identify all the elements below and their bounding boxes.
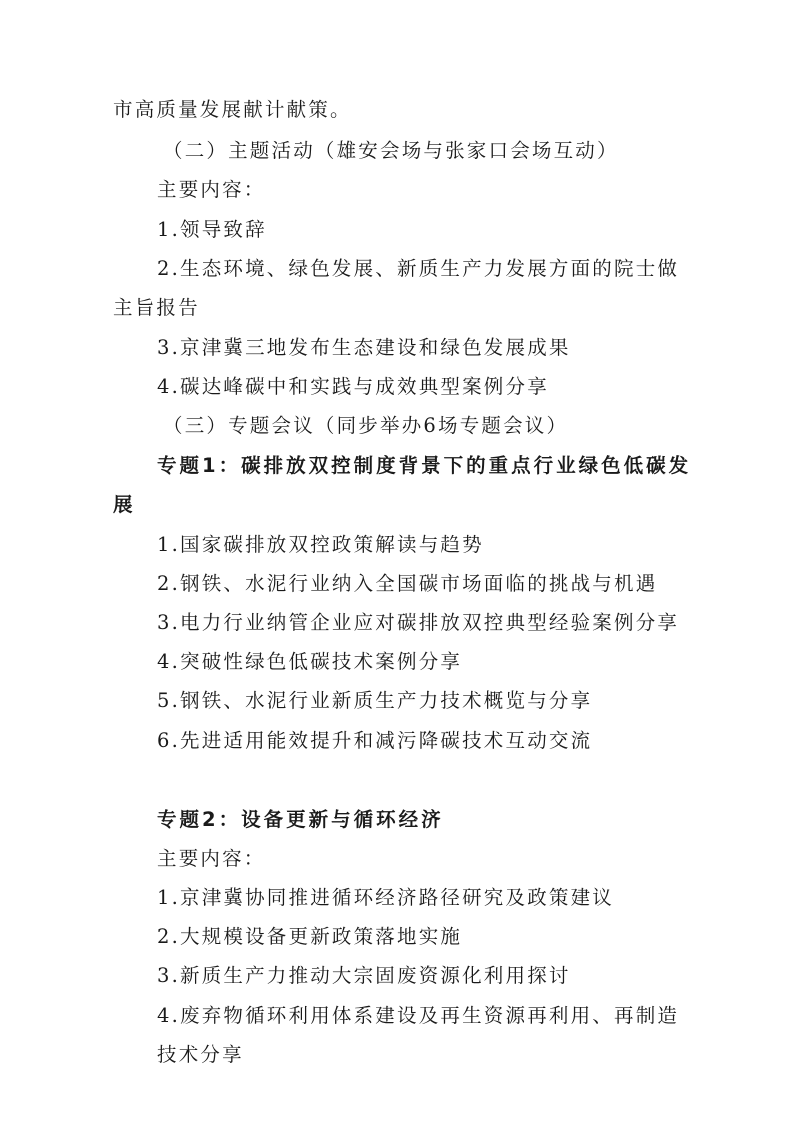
list-item: 2.钢铁、水泥行业纳入全国碳市场面临的挑战与机遇 — [157, 572, 657, 596]
section-heading-3: （三）专题会议（同步举办6场专题会议） — [163, 414, 568, 438]
topic-1-heading: 专题1：碳排放双控制度背景下的重点行业绿色低碳发 — [157, 454, 691, 478]
list-item: 3.京津冀三地发布生态建设和绿色发展成果 — [157, 336, 571, 360]
topic-2-heading: 专题2：设备更新与循环经济 — [157, 808, 444, 832]
list-item: 2.生态环境、绿色发展、新质生产力发展方面的院士做 — [157, 257, 679, 281]
main-content-label: 主要内容： — [157, 847, 266, 871]
list-item: 4.废弃物循环利用体系建设及再生资源再利用、再制造 — [157, 1004, 679, 1028]
list-item-continuation: 主旨报告 — [113, 296, 200, 320]
document-page: 市高质量发展献计献策。 （二）主题活动（雄安会场与张家口会场互动） 主要内容： … — [0, 0, 794, 1127]
section-heading-2: （二）主题活动（雄安会场与张家口会场互动） — [163, 139, 619, 163]
list-item: 3.电力行业纳管企业应对碳排放双控典型经验案例分享 — [157, 611, 679, 635]
main-content-label: 主要内容： — [157, 178, 266, 202]
list-item: 2.大规模设备更新政策落地实施 — [157, 925, 462, 949]
list-item: 6.先进适用能效提升和减污降碳技术互动交流 — [157, 729, 592, 753]
list-item-continuation: 技术分享 — [157, 1043, 244, 1067]
list-item: 1.国家碳排放双控政策解读与趋势 — [157, 533, 484, 557]
list-item: 4.碳达峰碳中和实践与成效典型案例分享 — [157, 375, 549, 399]
list-item: 1.领导致辞 — [157, 218, 267, 242]
paragraph-continuation: 市高质量发展献计献策。 — [113, 98, 352, 122]
topic-1-heading-continuation: 展 — [113, 493, 136, 517]
list-item: 4.突破性绿色低碳技术案例分享 — [157, 650, 462, 674]
list-item: 5.钢铁、水泥行业新质生产力技术概览与分享 — [157, 689, 592, 713]
list-item: 1.京津冀协同推进循环经济路径研究及政策建议 — [157, 886, 614, 910]
list-item: 3.新质生产力推动大宗固废资源化利用探讨 — [157, 964, 571, 988]
